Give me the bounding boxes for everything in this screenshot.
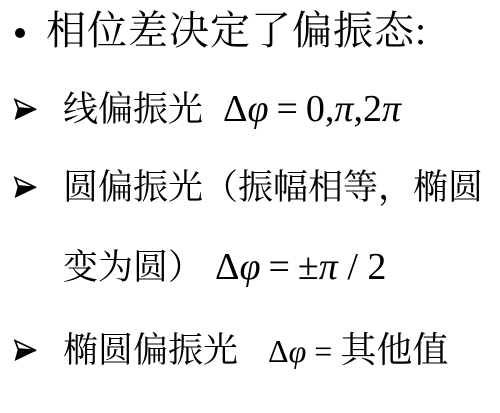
formula-equals: = [306, 333, 340, 369]
formula-delta: Δ [215, 246, 239, 288]
formula-phi: φ [239, 246, 260, 288]
formula-elliptical: Δφ=其他值 [268, 333, 448, 369]
arrowhead-bullet-icon [13, 175, 38, 200]
formula-circular: Δφ=±π / 2 [215, 246, 386, 288]
formula-delta: Δ [268, 333, 289, 369]
formula-value-part: ,2 [353, 88, 382, 130]
arrowhead-bullet-icon [13, 338, 38, 363]
disc-bullet-icon [15, 28, 25, 38]
bullet-item-linear: 线偏振光Δφ=0,π,2π [0, 88, 500, 132]
formula-value-part: π [334, 88, 353, 130]
item-label-linear: 线偏振光 [63, 90, 203, 129]
formula-value-part: ± [298, 246, 319, 288]
bullet-item-elliptical: 椭圆偏振光Δφ=其他值 [0, 329, 500, 373]
bullet-item-circular-continued: 变为圆）Δφ=±π / 2 [0, 246, 500, 290]
formula-equals: = [260, 246, 297, 288]
title-row: 相位差决定了偏振态: [0, 8, 500, 54]
item-label-elliptical: 椭圆偏振光 [63, 331, 238, 370]
formula-delta: Δ [223, 88, 247, 130]
slide-title: 相位差决定了偏振态: [46, 8, 427, 53]
formula-value-part: / 2 [338, 246, 387, 288]
slide: 相位差决定了偏振态: 线偏振光Δφ=0,π,2π 圆偏振光（振幅相等，椭圆 变为… [0, 0, 500, 413]
formula-equals: = [268, 88, 305, 130]
formula-value-part: π [319, 246, 338, 288]
item-label-circular-line2: 变为圆） [63, 248, 203, 287]
formula-phi: φ [247, 88, 268, 130]
formula-value-part: π [382, 88, 401, 130]
arrowhead-bullet-icon [13, 97, 38, 122]
item-label-circular-line1: 圆偏振光（振幅相等，椭圆 [63, 168, 483, 207]
formula-value-cjk: 其他值 [340, 330, 448, 370]
bullet-item-circular: 圆偏振光（振幅相等，椭圆 [0, 166, 500, 210]
formula-linear: Δφ=0,π,2π [223, 88, 401, 130]
formula-value-part: 0, [306, 88, 335, 130]
formula-phi: φ [289, 333, 307, 369]
